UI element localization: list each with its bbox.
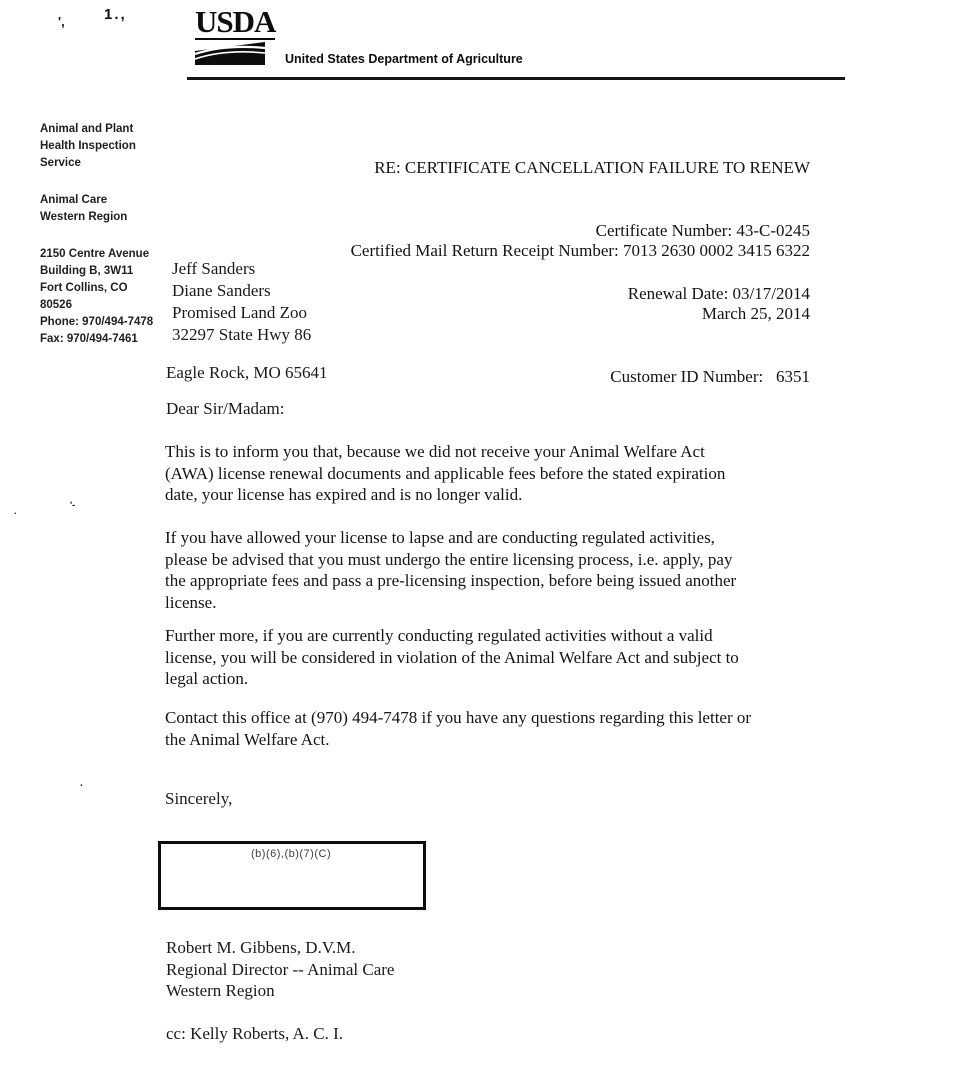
recipient-line: 32297 State Hwy 86 [172,324,311,346]
body-line: the appropriate fees and pass a pre-lice… [165,570,736,592]
scan-artifact: 1., [104,6,127,23]
redaction-label: (b)(6),(b)(7)(C) [251,848,331,860]
recipient-address: Jeff Sanders Diane Sanders Promised Land… [172,258,311,346]
paragraph: If you have allowed your license to laps… [165,527,736,613]
body-line: Contact this office at (970) 494-7478 if… [165,707,751,729]
sidebar-line: Animal and Plant [40,121,200,138]
recipient-city: Eagle Rock, MO 65641 [166,363,327,383]
body-line: date, your license has expired and is no… [165,484,725,506]
body-line: If you have allowed your license to laps… [165,527,736,549]
body-line: Further more, if you are currently condu… [165,625,739,647]
sidebar-line: Western Region [40,209,200,226]
salutation: Dear Sir/Madam: [166,399,285,419]
header-rule [187,77,845,80]
body-line: legal action. [165,668,739,690]
body-line: This is to inform you that, because we d… [165,441,725,463]
body-line: the Animal Welfare Act. [165,729,751,751]
body-line: license, you will be considered in viola… [165,647,739,669]
closing: Sincerely, [165,789,232,809]
scan-artifact: . [14,506,17,516]
sidebar-line: Animal Care [40,192,200,209]
signature-block: Robert M. Gibbens, D.V.M. Regional Direc… [166,937,394,1002]
usda-logo-text: USDA [195,6,275,40]
sidebar-division: Animal Care Western Region [40,192,200,226]
paragraph: Contact this office at (970) 494-7478 if… [165,707,751,750]
sidebar-line: Health Inspection [40,138,200,155]
signer-title: Regional Director -- Animal Care [166,959,394,981]
recipient-line: Diane Sanders [172,280,311,302]
signer-region: Western Region [166,980,394,1002]
body-line: please be advised that you must undergo … [165,549,736,571]
mailing-block: Certified Mail Return Receipt Number: 70… [351,198,810,429]
recipient-line: Promised Land Zoo [172,302,311,324]
paragraph: This is to inform you that, because we d… [165,441,725,506]
department-name: United States Department of Agriculture [285,52,523,66]
body-line: (AWA) license renewal documents and appl… [165,463,725,485]
body-line: license. [165,592,736,614]
usda-field-icon [195,41,265,70]
letter-date: March 25, 2014 [351,303,810,324]
letter-page: ', 1., '- . . USDA United States Departm… [0,0,975,1079]
certified-mail-number: Certified Mail Return Receipt Number: 70… [351,240,810,261]
paragraph: Further more, if you are currently condu… [165,625,739,690]
cc-line: cc: Kelly Roberts, A. C. I. [166,1024,343,1044]
scan-artifact: ', [58,14,65,29]
sidebar-agency: Animal and Plant Health Inspection Servi… [40,121,200,172]
scan-artifact: '- [70,500,75,510]
customer-id: Customer ID Number: 6351 [351,366,810,387]
sidebar-line: Service [40,155,200,172]
signature-redaction-box: (b)(6),(b)(7)(C) [158,841,426,910]
signer-name: Robert M. Gibbens, D.V.M. [166,937,394,959]
re-subject-line: RE: CERTIFICATE CANCELLATION FAILURE TO … [374,157,810,178]
scan-artifact: . [80,778,83,789]
recipient-line: Jeff Sanders [172,258,311,280]
